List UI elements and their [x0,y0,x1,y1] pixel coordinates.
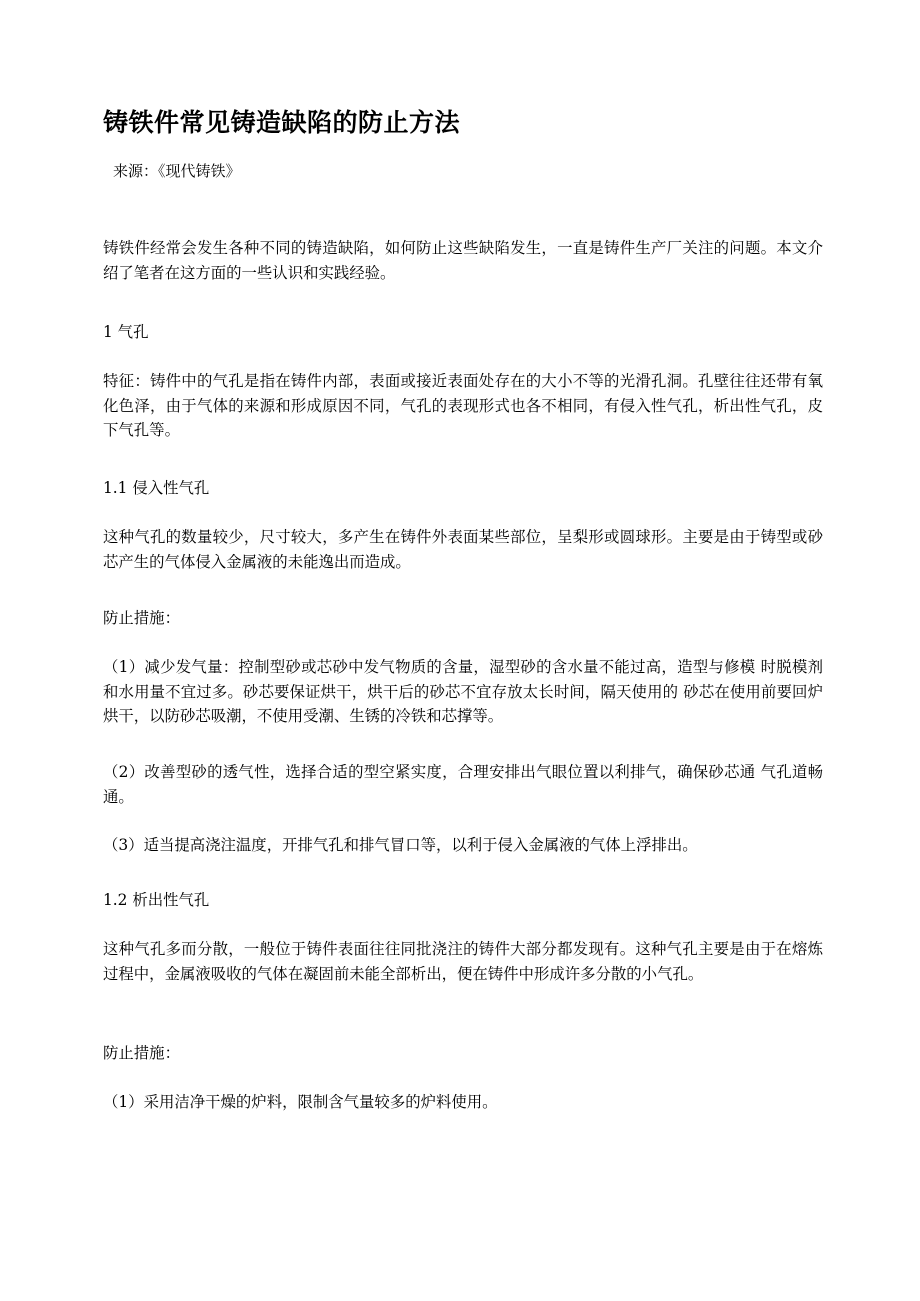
measures-label-2: 防止措施： [103,1041,180,1065]
subsection-heading-invasive-pores: 1.1 侵入性气孔 [103,476,209,500]
invasive-pores-description: 这种气孔的数量较少，尺寸较大，多产生在铸件外表面某些部位，呈梨形或圆球形。主要是… [103,525,823,574]
measure-item: （3）适当提高浇注温度，开排气孔和排气冒口等，以利于侵入金属液的气体上浮排出。 [103,833,823,858]
precipitated-pores-description: 这种气孔多而分散，一般位于铸件表面往往同批浇注的铸件大部分都发现有。这种气孔主要… [103,937,823,986]
measures-label-1: 防止措施： [103,606,180,630]
document-source: 来源：《现代铸铁》 [113,160,241,182]
measure-item: （1）减少发气量：控制型砂或芯砂中发气物质的含量，湿型砂的含水量不能过高，造型与… [103,655,823,729]
measure-item: （2）改善型砂的透气性，选择合适的型空紧实度，合理安排出气眼位置以利排气，确保砂… [103,760,823,809]
section-heading-pores: 1 气孔 [103,320,148,344]
subsection-heading-precipitated-pores: 1.2 析出性气孔 [103,888,209,912]
intro-paragraph: 铸铁件经常会发生各种不同的铸造缺陷，如何防止这些缺陷发生，一直是铸件生产厂关注的… [103,236,823,285]
document-title: 铸铁件常见铸造缺陷的防止方法 [103,106,460,140]
measure-item: （1）采用洁净干燥的炉料，限制含气量较多的炉料使用。 [103,1090,823,1115]
feature-paragraph: 特征：铸件中的气孔是指在铸件内部，表面或接近表面处存在的大小不等的光滑孔洞。孔壁… [103,369,823,443]
